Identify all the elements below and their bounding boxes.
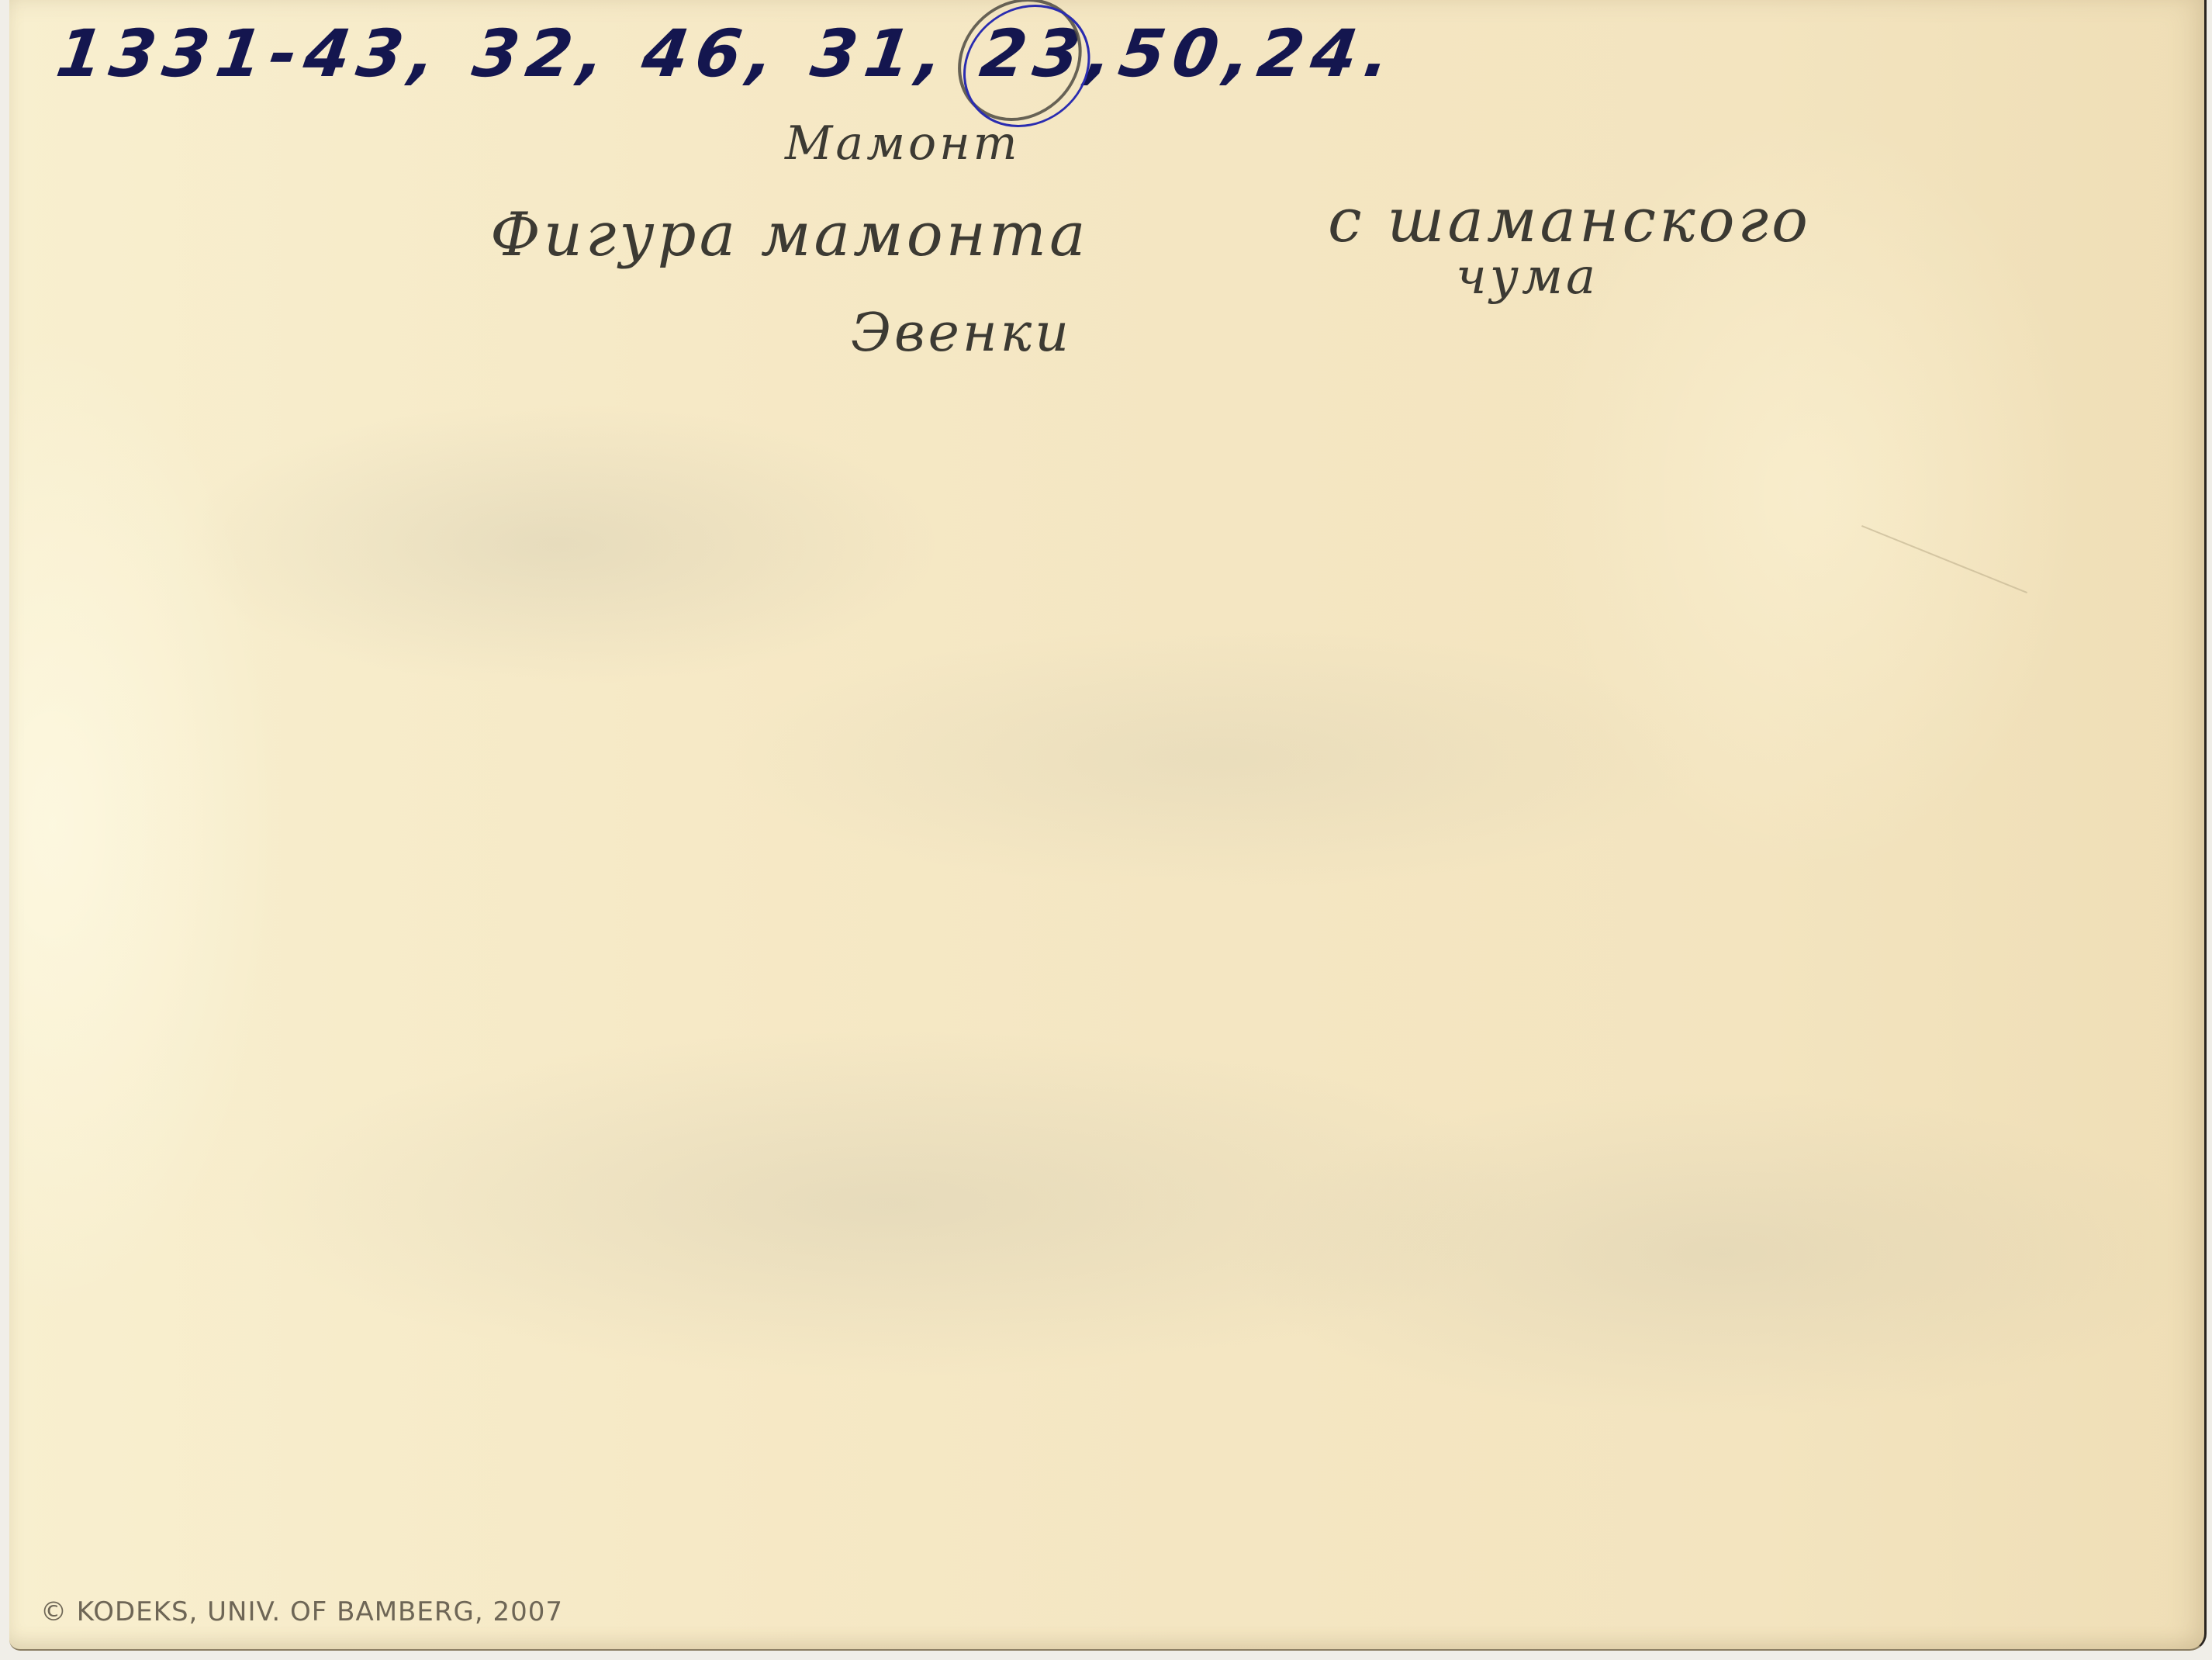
catalog-item: 24. (1253, 16, 1403, 92)
catalog-item: 31, (807, 16, 956, 92)
catalog-number-line: 1331-43, 32, 46, 31, 23, 50,24. (52, 16, 1402, 92)
photo-back-paper: 1331-43, 32, 46, 31, 23, 50,24. Мамонт Ф… (9, 0, 2207, 1651)
scan-background: 1331-43, 32, 46, 31, 23, 50,24. Мамонт Ф… (0, 0, 2212, 1660)
caption-tent: чума (1456, 248, 1599, 306)
circled-catalog-item: 23, (976, 16, 1125, 92)
caption-figure-of-mammoth: Фигура мамонта (490, 200, 1089, 270)
label-ethnic-group: Эвенки (851, 303, 1072, 364)
paper-crease (1861, 525, 2027, 593)
catalog-item: 46, (638, 16, 787, 92)
catalog-item: 32, (468, 16, 618, 92)
caption-from-shaman: с шаманского (1328, 186, 1811, 256)
copyright-notice: © KODEKS, UNIV. OF BAMBERG, 2007 (40, 1596, 563, 1627)
catalog-prefix: 1331 (52, 16, 275, 92)
catalog-item: 43, (299, 16, 449, 92)
catalog-item: 50, (1115, 16, 1264, 92)
label-mammoth: Мамонт (785, 116, 1021, 171)
